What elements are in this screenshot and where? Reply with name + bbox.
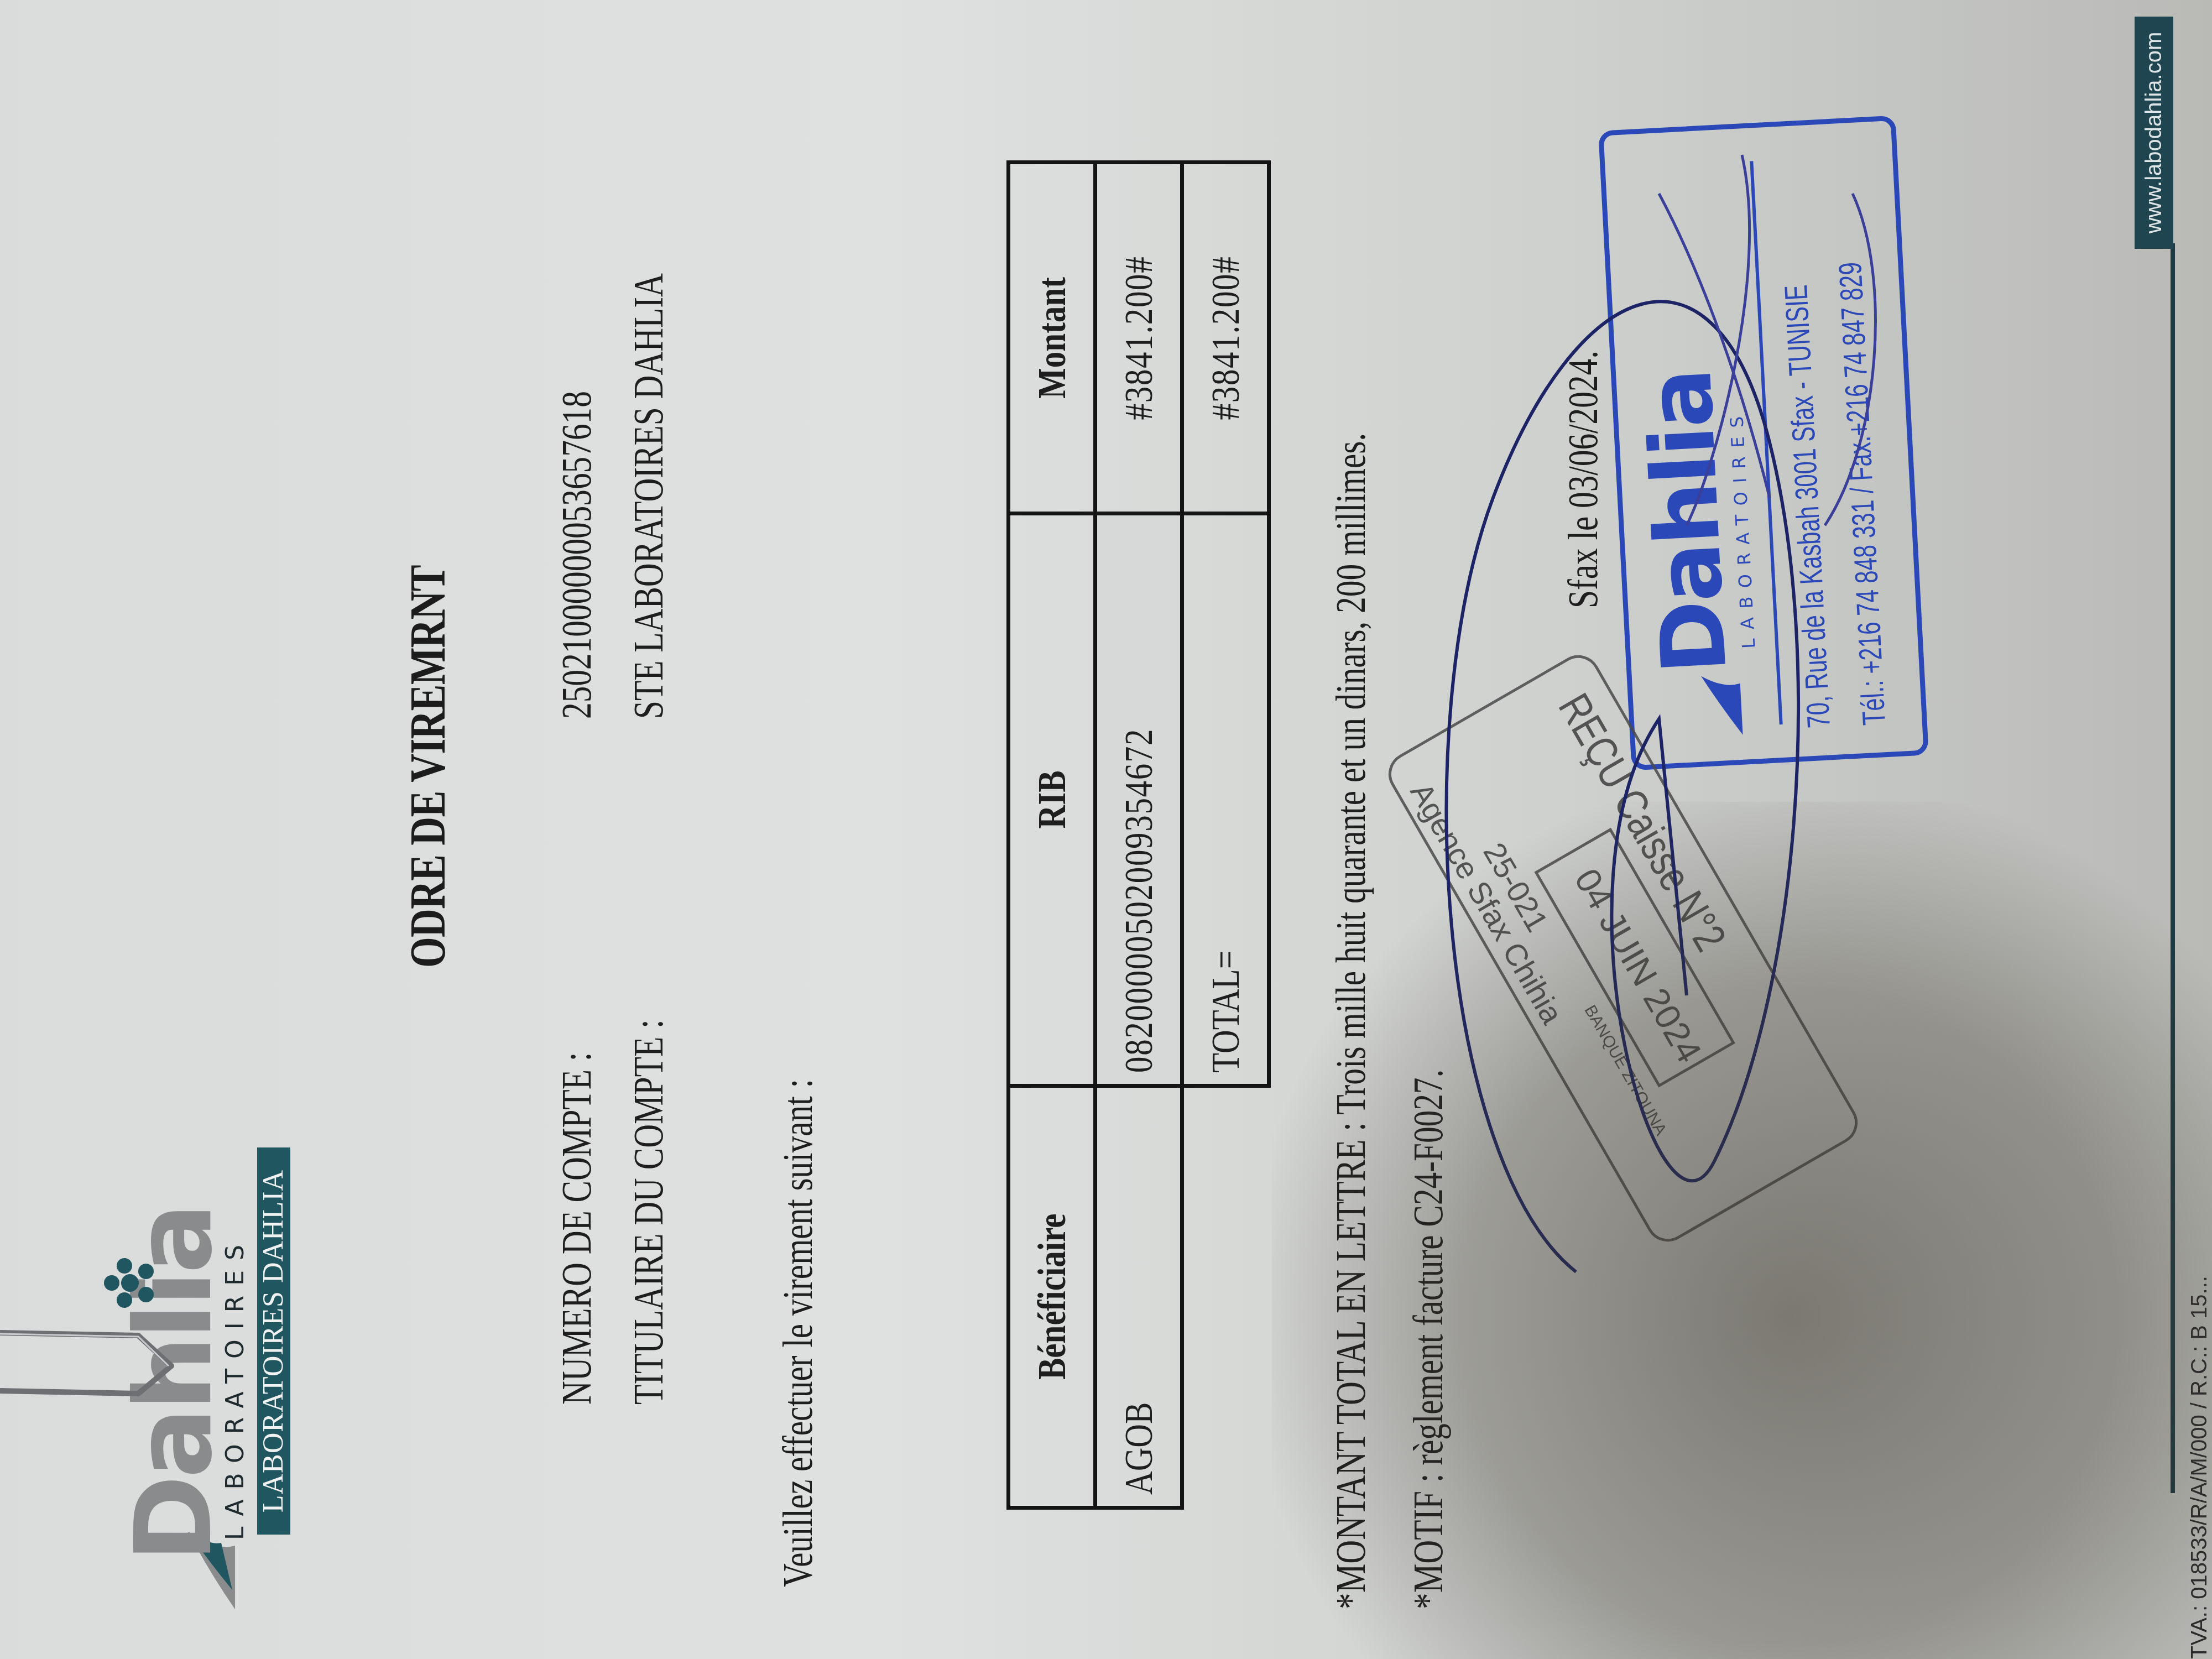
rib-cell: 08200000502009354672: [1095, 514, 1182, 1086]
account-holder-value: STE LABORATOIRES DAHLIA: [625, 273, 673, 719]
stamp-phone: Tél.: +216 74 848 331 / Fax.+216 74 847 …: [1832, 261, 1893, 726]
stamp-address: 70, Rue de la Kasbah 3001 Sfax - TUNISIE: [1777, 284, 1838, 729]
column-header-rib: RIB: [1009, 514, 1095, 1086]
footer-divider: [2171, 243, 2175, 1493]
total-row: TOTAL= #3841.200#: [1182, 163, 1269, 1508]
intro-text: Veuillez effectuer le virement suivant :: [774, 1079, 822, 1587]
account-number-label: NUMERO DE COMPTE :: [553, 1052, 601, 1405]
bank-date-box: 04 JUIN 2024: [1534, 828, 1735, 1088]
logo-subtitle: LABORATOIRES: [221, 1235, 249, 1540]
account-holder-label: TITULAIRE DU COMPTE :: [625, 1020, 673, 1405]
account-number-value: 25021000000053657618: [553, 391, 601, 719]
beneficiary-cell: AGOB: [1095, 1086, 1182, 1508]
company-stamp: Dahlia LABORATOIRES 70, Rue de la Kasbah…: [1598, 116, 1929, 771]
amount-cell: #3841.200#: [1095, 163, 1182, 514]
amount-in-words: *MONTANT TOTAL EN LETTRE : Trois mille h…: [1327, 433, 1375, 1609]
table-header-row: Bénéficiaire RIB Montant: [1009, 163, 1095, 1508]
empty-cell: [1182, 1086, 1269, 1508]
payment-reason: *MOTIF : règlement facture C24-F0027.: [1405, 1070, 1453, 1609]
table-row: AGOB 08200000502009354672 #3841.200#: [1095, 163, 1182, 1508]
transfer-order-page: Dahlia LABORATOIRES LABORATOIRES DAHLIA …: [0, 0, 2212, 1659]
column-header-beneficiaire: Bénéficiaire: [1009, 1086, 1095, 1508]
document-title: ODRE DE VIREMRNT: [398, 565, 457, 968]
logo-banner: LABORATOIRES DAHLIA: [257, 1147, 290, 1535]
transfer-table: Bénéficiaire RIB Montant AGOB 0820000050…: [1006, 160, 1271, 1510]
paperclip-icon: [0, 1322, 177, 1405]
stamp-sail-icon: [1693, 671, 1746, 740]
flower-icon: [100, 1253, 160, 1313]
website-banner: www.labodahlia.com: [2135, 17, 2173, 249]
total-value-cell: #3841.200#: [1182, 163, 1269, 514]
footer-legal-text: TVA.: 018533/R/A/M/000 / R.C.: B 15...: [2187, 1276, 2212, 1659]
column-header-montant: Montant: [1009, 163, 1095, 514]
place-date: Sfax le 03/06/2024.: [1559, 351, 1608, 608]
total-label-cell: TOTAL=: [1182, 514, 1269, 1086]
